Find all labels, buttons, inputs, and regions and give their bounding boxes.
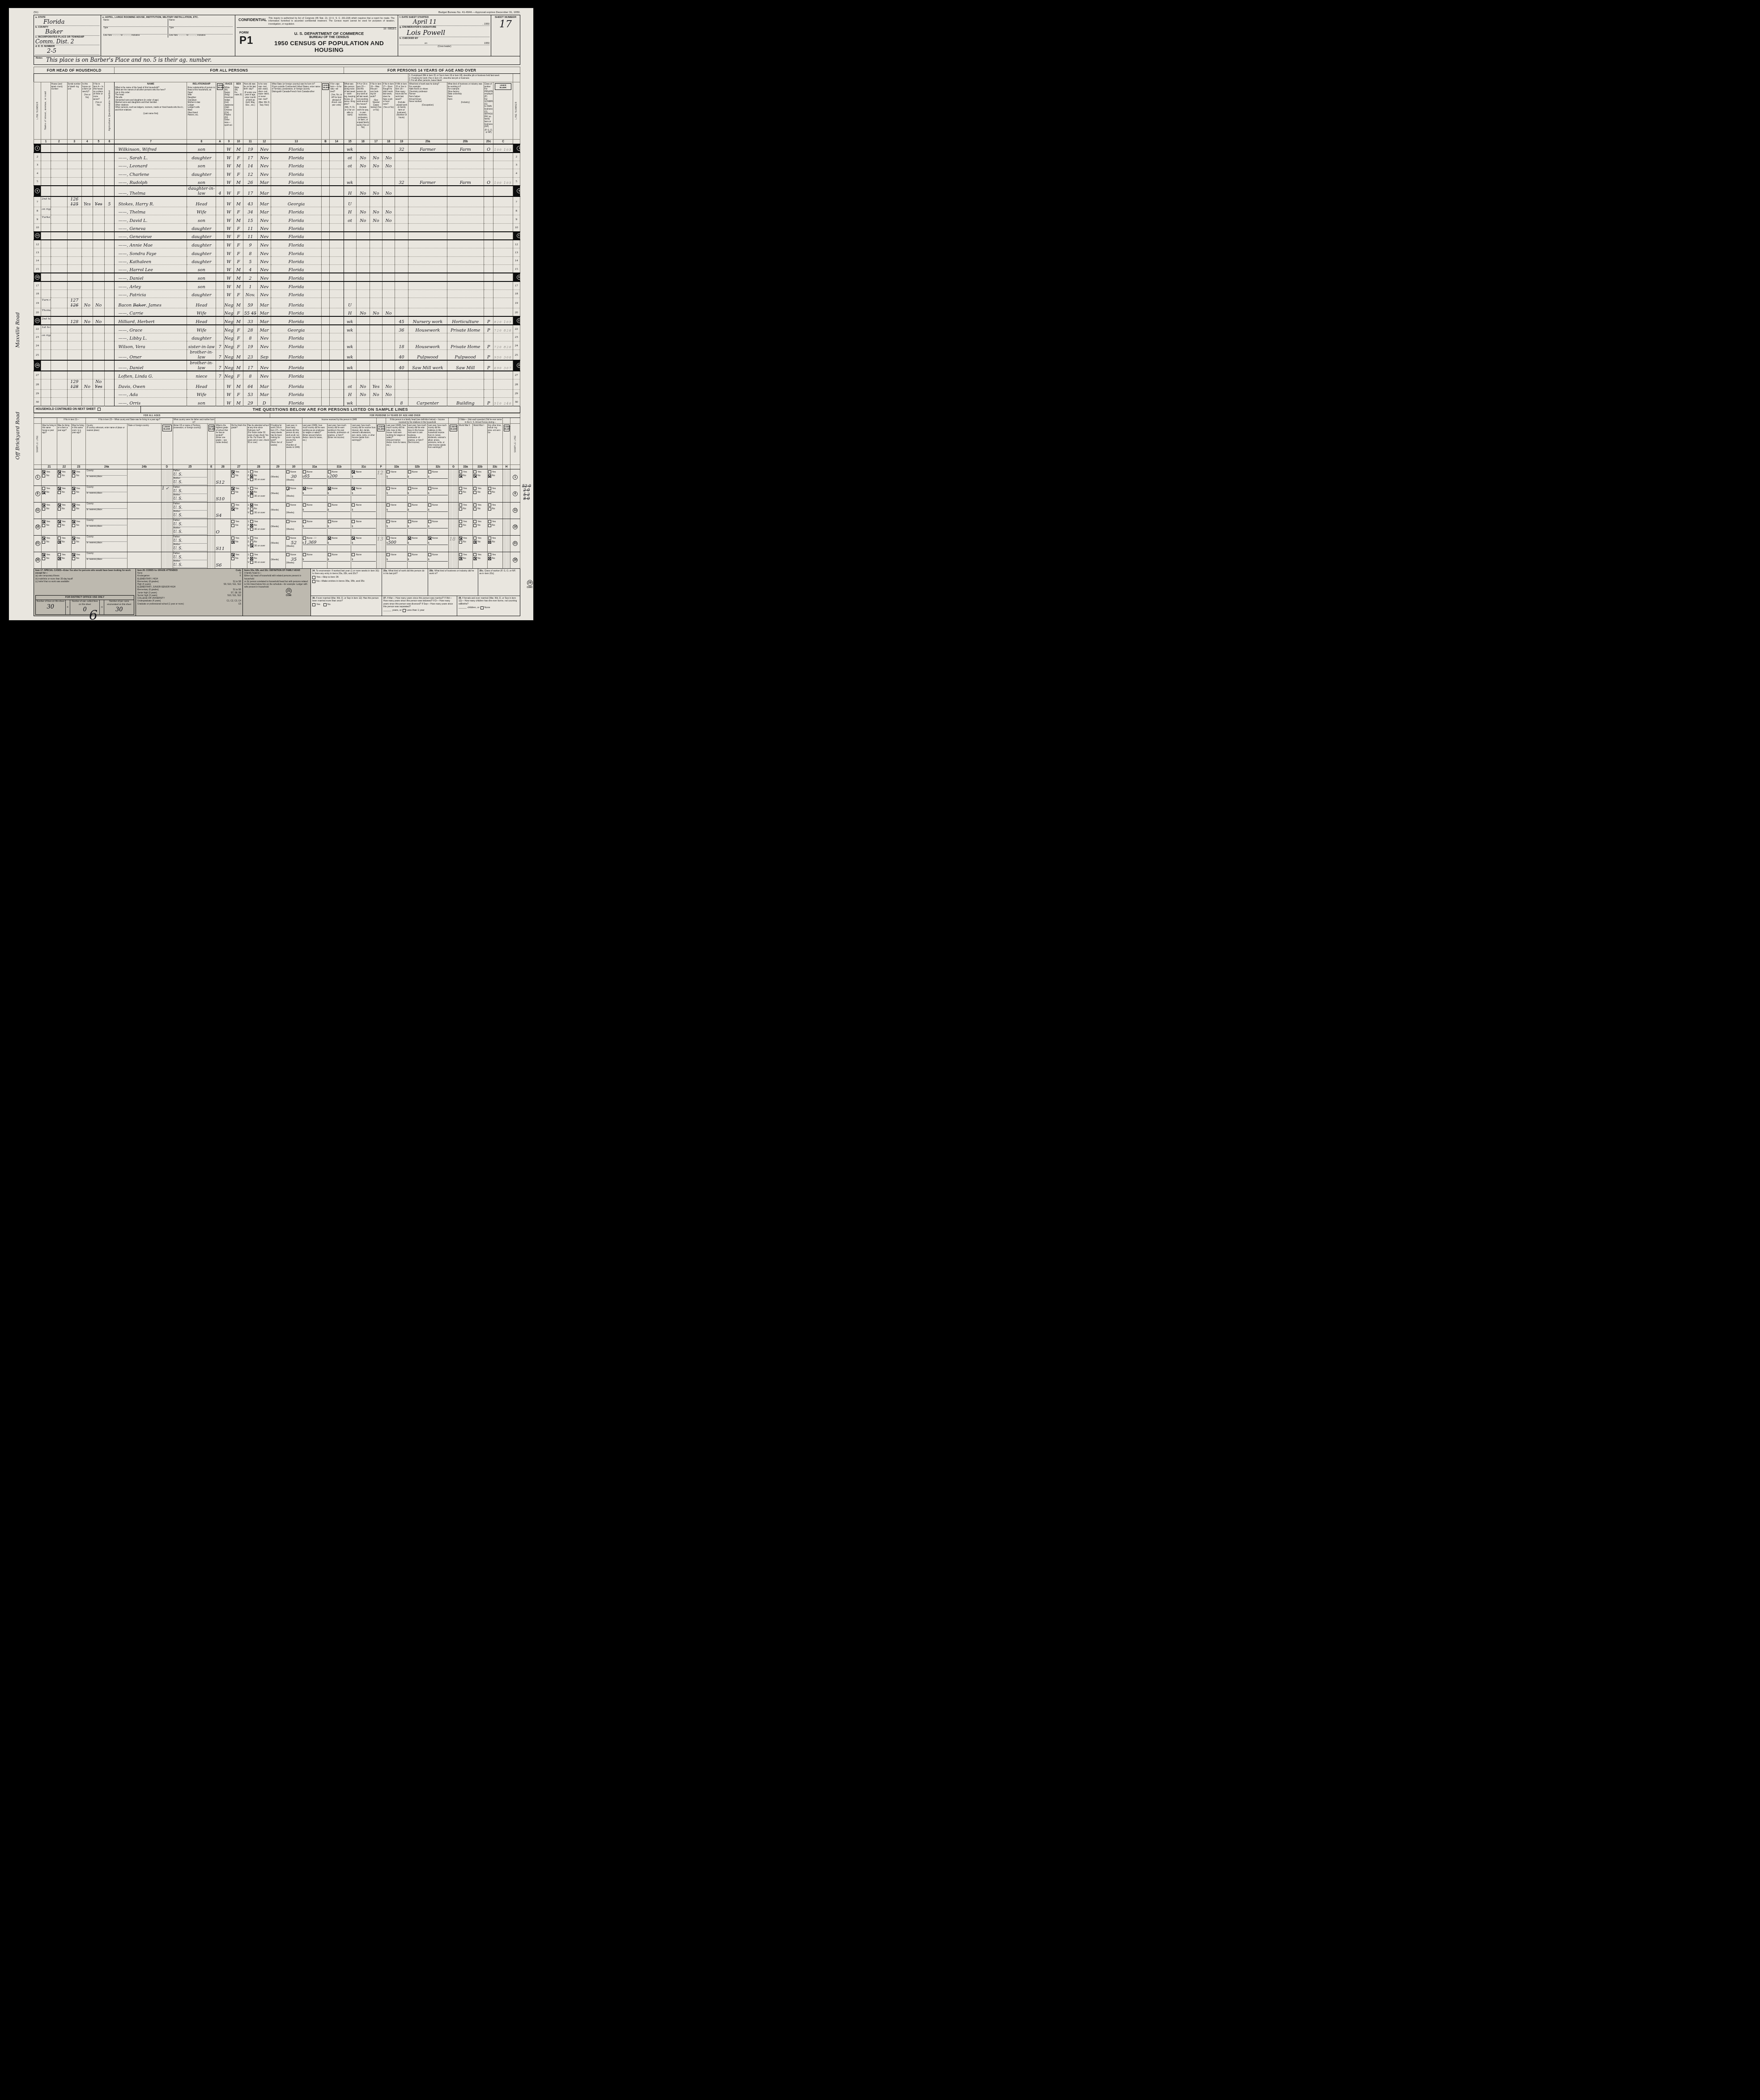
q28-yes-checkbox [250,503,253,507]
q23-no-checkbox [72,541,75,544]
cell-w16-line-16 [356,273,370,281]
sample-header-h: LEAVE BLANK [503,423,510,464]
sample-header-c32a: Last year (1949), how much money did his… [386,423,407,464]
cell-serial-line-14 [67,256,81,265]
sample-cell-c28-line-16: 1Yes2NoV30 or over [247,519,270,535]
cell-street-line-6 [41,186,51,196]
cell-acres-line-16 [93,273,104,281]
cell-serial-line-23 [67,333,81,341]
cell-sex-line-5: M [234,177,243,186]
margin-road-2: Off Brickyard Road [15,412,21,460]
for-all-ages-header: FOR ALL AGES [34,413,270,417]
cell-ln2-line-7: 7 [513,196,520,207]
notes-text: This place is on Barber's Place and no. … [46,57,212,63]
cell-name-line-14: ——, Kathaleen [115,256,187,265]
cell-hrs-line-24: 18 [395,341,408,350]
q22-yes-checkbox [58,470,61,473]
cell-hrs-line-12 [395,240,408,248]
cell-acres-line-26 [93,360,104,371]
cell-born-line-23: Florida [271,333,321,341]
sample-number-27: 27 [230,464,247,469]
osv-no-checkbox [488,524,491,527]
w30-none-checkbox [286,487,289,490]
cell-sex-line-16: M [234,273,243,281]
cell-street-line-17 [41,281,51,290]
sample-header-d: LEAVE BLANK [161,423,173,464]
cell-ln2-line-13: 13 [513,248,520,257]
band-6: Income received by this person in 1949 [302,418,376,424]
cell-acres-line-1 [93,144,104,153]
cell-serial-line-3 [67,161,81,169]
cell-b-line-18 [321,290,329,298]
cell-farm-line-24 [81,341,93,350]
cell-ind-line-13 [447,248,484,257]
cell-ind-line-11 [447,232,484,240]
column-header-ln2: LINE NUMBER [513,82,520,140]
cell-acres-line-17 [93,281,104,290]
cell-house-line-25 [51,349,67,360]
cell-nat-line-18 [330,290,344,298]
cell-rel-line-25: brother-in-law [187,349,216,360]
person-row-18: 18——, PatriciadaughterWFNov.NevFlorida18 [34,290,520,298]
cell-b-line-30 [321,398,329,406]
cell-ln-line-2: 2 [34,153,41,161]
band-10: If Male— (Ask each question) Did he ever… [458,418,502,424]
margin-tally: 52 02 05 28 0 [522,485,531,502]
cell-nat-line-12 [330,240,344,248]
vertical-label: SAMPLE LINE [514,435,517,452]
cell-acres-line-22 [93,325,104,333]
sample-cell-c24a-line-26: County:or nearest place: [86,552,128,568]
cell-w18-line-11 [382,232,395,240]
cell-age-line-27: 8 [243,371,257,379]
cell-sex-line-11: F [234,232,243,240]
cell-house-line-4 [51,169,67,178]
ww1-no-checkbox [473,474,476,477]
cell-a-line-23 [216,333,224,341]
cell-w16-line-20: No [356,308,370,317]
cell-rel-line-2: daughter [187,153,216,161]
cell-codes-line-2 [493,153,513,161]
cell-ln2-line-19: 19 [513,298,520,308]
cell-nat-line-11 [330,232,344,240]
osv-no-checkbox [488,491,491,494]
cell-farm-line-22 [81,325,93,333]
sample-cell-c30-line-21: None52(Weeks) [285,535,302,552]
cell-w15-line-26: wk [344,360,356,371]
cell-ind-line-22: Private Home [447,325,484,333]
sample-question-row: SAMPLE LINEWas he living in this same ho… [34,423,520,464]
sample-cell-c24b-line-11 [128,502,161,519]
cell-sex-line-19: M [234,298,243,308]
cell-acres-line-19: No [93,298,104,308]
cell-serial-line-8 [67,207,81,215]
cell-codes-line-9 [493,215,513,224]
ww1-yes-checkbox [473,503,476,507]
cell-race-line-1: W [224,144,234,153]
sample-number-26: 26 [215,464,231,469]
cell-codes-line-10 [493,223,513,232]
cell-a-line-26: 7 [216,360,224,371]
group-header-1: FOR HEAD OF HOUSEHOLD [34,67,115,74]
sample-cell-c24a-line-1: County:or nearest place: [86,469,128,486]
leave-blank-box: LEAVE BLANK [217,83,223,90]
sample-cell-q22-line-11: YesNo [57,502,71,519]
cell-occ-line-11 [408,232,447,240]
item34-yes-checkbox [312,576,315,579]
sample-cell-c33c-line-26: YesNo [487,552,503,568]
person-row-29: 29——, AdaWifeWF53MarFloridaHNoNoNo29 [34,389,520,398]
ww1-yes-checkbox [473,537,476,540]
cell-a-line-30 [216,398,224,406]
sample-cell-q21-line-16: YesNo [42,519,57,535]
i31a-none-checkbox [303,503,306,507]
sample-cell-c32a-line-6: None$ [386,486,407,502]
sample-cell-c26-line-11: S4 [215,502,231,519]
cell-b-line-21 [321,316,329,325]
cell-occ-line-4 [408,169,447,178]
person-row-14: 14——, KathaleendaughterWF5NevFlorida14 [34,256,520,265]
cell-w15-line-6: H [344,186,356,196]
cell-w15-line-9: ot [344,215,356,224]
cell-w17-line-15 [370,265,382,273]
ww2-no-checkbox [459,557,462,560]
sample-badge-left-26: 26 [34,360,41,371]
cell-rel-line-3: son [187,161,216,169]
cell-occ-line-19 [408,298,447,308]
cell-born-line-14: Florida [271,256,321,265]
cell-hrs-line-21: 45 [395,316,408,325]
cell-race-line-21: Neg [224,316,234,325]
sample-cell-h-line-21 [503,535,510,552]
sample-cell-c32b-line-6: None$ [407,486,427,502]
cell-ln-line-11: 11 [34,232,41,240]
sample-header-c33b: World War I [473,423,487,464]
sample-cell-q23-line-26: YesNo [72,552,86,568]
sample-cell-c29-line-1: (Weeks) [270,469,286,486]
cell-agq-line-21 [104,316,115,325]
cell-nat-line-23 [330,333,344,341]
cell-house-line-10 [51,223,67,232]
sample-cell-q21-line-26: YesNo [42,552,57,568]
person-row-27: 27Loften, Linda G.niece7NegF8NevFlorida2… [34,371,520,379]
cell-serial-line-21: 128 [67,316,81,325]
q28-30-checkbox [250,494,253,498]
lines-count: 30 [36,604,65,611]
cell-b-line-13 [321,248,329,257]
column-number-18: 18 [382,140,395,145]
cell-rel-line-4: daughter [187,169,216,178]
cell-w17-line-24 [370,341,382,350]
cell-age-line-1: 19 [243,144,257,153]
person-row-10: 10——, GenevadaughterWF11NevFlorida10 [34,223,520,232]
cell-mar-line-22: Mar [258,325,271,333]
sample-group-row: FOR ALL AGESFOR PERSONS 14 YEARS OF AGE … [34,413,520,417]
sample-line-number: 16 [35,524,40,529]
cell-codes-line-29 [493,389,513,398]
cell-occ-line-12 [408,240,447,248]
ask-ques-badge-1: 1ASK QUES. BELOW [513,144,520,153]
cell-agq-line-15 [104,265,115,273]
cell-ind-line-24: Private Home [447,341,484,350]
cell-occ-line-26: Saw Mill work [408,360,447,371]
w30-none-checkbox [286,553,289,556]
cell-b-line-11 [321,232,329,240]
cell-w18-line-3: No [382,161,395,169]
household-continued-checkbox [98,408,101,411]
sample-cell-c28-line-1: 1Yes2NoV30 or over [247,469,270,486]
person-row-4: 4——, CharlenedaughterWF12NevFlorida4 [34,169,520,178]
cell-w17-line-4 [370,169,382,178]
item37-lt1-checkbox [403,609,406,612]
cell-a-line-25: 7 [216,349,224,360]
cell-born-line-7: Georgia [271,196,321,207]
cell-w15-line-3: ot [344,161,356,169]
cell-born-line-15: Florida [271,265,321,273]
q28-no-checkbox [250,491,253,494]
cell-agq-line-20 [104,308,115,317]
form-header: a. STATE Florida b. COUNTY Baker c. INCO… [34,15,520,56]
cell-agq-line-6 [104,186,115,196]
sample-cell-h-line-16 [503,519,510,535]
date-started-value: April 11 [413,19,437,26]
cell-nat-line-29 [330,389,344,398]
cell-ln-line-16: 16 [34,273,41,281]
cell-codes-line-11 [493,232,513,240]
cell-street-line-25 [41,349,51,360]
cell-sex-line-13: F [234,248,243,257]
ww1-no-checkbox [473,524,476,527]
cell-born-line-3: Florida [271,161,321,169]
cell-occ-line-20 [408,308,447,317]
cell-rel-line-15: son [187,265,216,273]
column-header-farm: Is this house on a farm (or ranch)?(Yes … [81,82,93,140]
cell-house-line-9 [51,215,67,224]
cell-b-line-4 [321,169,329,178]
item17-title: Item 17: SPECIAL CASES—Enter Yes also fo… [35,570,134,575]
cell-hrs-line-19 [395,298,408,308]
cell-codes-line-26: 690 307 1 [493,360,513,371]
cell-w15-line-23 [344,333,356,341]
column-number-B: B [321,140,329,145]
sample-cell-c28-line-11: 1Yes2NoV30 or over [247,502,270,519]
cell-street-line-16 [41,273,51,281]
cell-occ-line-30: Carpenter [408,398,447,406]
cell-name-line-6: ——, Thelma [115,186,187,196]
q23-no-checkbox [72,557,75,560]
cell-house-line-7 [51,196,67,207]
cell-a-line-17 [216,281,224,290]
cell-hrs-line-17 [395,281,408,290]
cell-ln2-line-29: 29 [513,389,520,398]
cell-nat-line-2 [330,153,344,161]
cell-cls-line-3 [484,161,493,169]
cell-sex-line-23: F [234,333,243,341]
q28-30-checkbox [250,478,253,481]
sheet-number-box: SHEET NUMBER 17 [491,15,520,56]
sample-cell-c24b-line-6 [128,486,161,502]
column-header-w17: If No in item 16— Was this per- son look… [370,82,382,140]
person-row-2: 2——, Sarah L.daughterWF17NevFloridaotNoN… [34,153,520,161]
cell-w18-line-29: No [382,389,395,398]
ww1-yes-checkbox [473,487,476,490]
ask-ques-badge-11: 11ASK QUES. BELOW [513,232,520,240]
cell-serial-line-6 [67,186,81,196]
cell-mar-line-29: Mar [258,389,271,398]
cell-nat-line-25 [330,349,344,360]
cell-ln2-line-2: 2 [513,153,520,161]
cell-ln-line-26: 26 [34,360,41,371]
cont-marker: 26CONT. [527,580,533,588]
cell-farm-line-30 [81,398,93,406]
cell-sex-line-22: F [234,325,243,333]
cell-age-line-4: 12 [243,169,257,178]
sample-cell-c32b-line-11: None$ [407,502,427,519]
cell-rel-line-28: Head [187,379,216,389]
cell-occ-line-3 [408,161,447,169]
cell-name-line-25: ——, Omer [115,349,187,360]
cell-sex-line-25: M [234,349,243,360]
cell-occ-line-24: Housework [408,341,447,350]
q23-no-checkbox [72,524,75,527]
osv-no-checkbox [488,474,491,477]
sample-number-24a: 24a [86,464,128,469]
cell-ln-line-17: 17 [34,281,41,290]
vertical-label: LINE NUMBER [515,102,518,119]
sample-header-q23: Was he living in this same coun- ty a ye… [72,423,86,464]
sample-cell-d-line-16 [161,519,173,535]
cell-w17-line-7 [370,196,382,207]
cell-hrs-line-27 [395,371,408,379]
cell-age-line-2: 17 [243,153,257,161]
item26-title: Item 26: CODES for GRADE ATTENDED [137,570,178,572]
sample-cell-q23-line-6: YesNo [72,486,86,502]
cell-w16-line-3: No [356,161,370,169]
sample-line-number: 26 [35,558,40,562]
column-header-ln: LINE NUMBER [34,82,41,140]
cell-name-line-9: ——, David L. [115,215,187,224]
cell-codes-line-3 [493,161,513,169]
sample-cell-c31a-line-1: None$65 [302,469,327,486]
person-row-22: 221st house——, GraceWifeNegF28MarGeorgia… [34,325,520,333]
cell-ln2-line-22: 22 [513,325,520,333]
cell-ind-line-8 [447,207,484,215]
cell-hrs-line-25: 40 [395,349,408,360]
cell-w18-line-18 [382,290,395,298]
item36-yes-checkbox [312,603,315,606]
sample-cell-c31a-line-21: None13$1,369 [302,535,327,552]
sample-cell-f-line-11 [376,502,386,519]
cell-ind-line-23 [447,333,484,341]
cell-b-line-19 [321,298,329,308]
i31c-none-checkbox [352,503,355,507]
cell-w17-line-1 [370,144,382,153]
cell-hrs-line-11 [395,232,408,240]
cell-codes-line-5: 100 105 3 [493,177,513,186]
sample-cell-c31a-line-11: None$ [302,502,327,519]
cell-cls-line-16 [484,273,493,281]
cell-codes-line-1: 100 105 3 [493,144,513,153]
sample-row-16: 165YesNoYesNoYesNoCounty:or nearest plac… [34,519,520,535]
cell-w16-line-22 [356,325,370,333]
sample-number-21: 21 [42,464,57,469]
person-row-25: 25——, Omerbrother-in-law7NegM23SepFlorid… [34,349,520,360]
cell-w17-line-26 [370,360,382,371]
item35b: 35b. What kind of business or industry d… [428,569,478,596]
cell-serial-line-12 [67,240,81,248]
cell-sex-line-27: F [234,371,243,379]
cell-house-line-2 [51,153,67,161]
cell-w17-line-27 [370,371,382,379]
cell-name-line-27: Loften, Linda G. [115,371,187,379]
cell-mar-line-16: Nev [258,273,271,281]
cell-street-line-15 [41,265,51,273]
cell-a-line-14 [216,256,224,265]
sample-cell-c26-line-6: S10 [215,486,231,502]
cell-ln-line-6: 6 [34,186,41,196]
cell-sex-line-2: F [234,153,243,161]
cell-race-line-13: W [224,248,234,257]
cell-ln-line-25: 25 [34,349,41,360]
cell-name-line-12: ——, Annie Mae [115,240,187,248]
column-number-ln2 [513,140,520,145]
cell-house-line-14 [51,256,67,265]
cell-ind-line-7 [447,196,484,207]
cell-codes-line-8 [493,207,513,215]
column-header-street: Name of street, avenue, or road [41,82,51,140]
cell-age-line-30: 29 [243,398,257,406]
ww1-yes-checkbox [473,520,476,523]
cell-born-line-25: Florida [271,349,321,360]
cell-occ-line-28 [408,379,447,389]
cell-farm-line-25 [81,349,93,360]
cell-ln2-line-27: 27 [513,371,520,379]
cell-rel-line-16: son [187,273,216,281]
cell-w17-line-29: No [370,389,382,398]
cell-race-line-26: Neg [224,360,234,371]
cell-ind-line-30: Building [447,398,484,406]
cell-street-line-27 [41,371,51,379]
cell-born-line-29: Florida [271,389,321,398]
column-header-mar: Is he now mar- ried, wid- owed, divor- c… [258,82,271,140]
cell-b-line-20 [321,308,329,317]
hotel-entry-1: Name Type Line Nos. ............ to ....… [102,19,168,38]
sample-cell-c31c-line-11: None$ [351,502,376,519]
person-row-26: 26——, Danielbrother-in-law7NegM17NevFlor… [34,360,520,371]
cell-house-line-18 [51,290,67,298]
cell-race-line-20: Neg [224,308,234,317]
cell-nat-line-9 [330,215,344,224]
confidential-label: CONFIDENTIAL [238,17,267,26]
cell-acres-line-11 [93,232,104,240]
sample-cell-c32c-line-11: None$ [427,502,448,519]
cell-w16-line-30 [356,398,370,406]
cell-nat-line-22 [330,325,344,333]
column-number-20a: 20a [408,140,447,145]
cell-serial-line-25 [67,349,81,360]
cell-occ-line-21: Nursery work [408,316,447,325]
cell-farm-line-17 [81,281,93,290]
cell-ln-line-8: 8 [34,207,41,215]
i32b-none-checkbox [408,487,411,490]
sample-cell-c33a-line-11: YesNo [458,502,472,519]
i32a-none-checkbox [387,487,390,490]
sample-number-H: H [503,464,510,469]
cell-ln2-line-30: 30 [513,398,520,406]
sample-header-c31a: Last year (1949), how much money did he … [302,423,327,464]
sample-cell-d-line-21 [161,535,173,552]
sample-cell-c32a-line-26: None$ [386,552,407,568]
